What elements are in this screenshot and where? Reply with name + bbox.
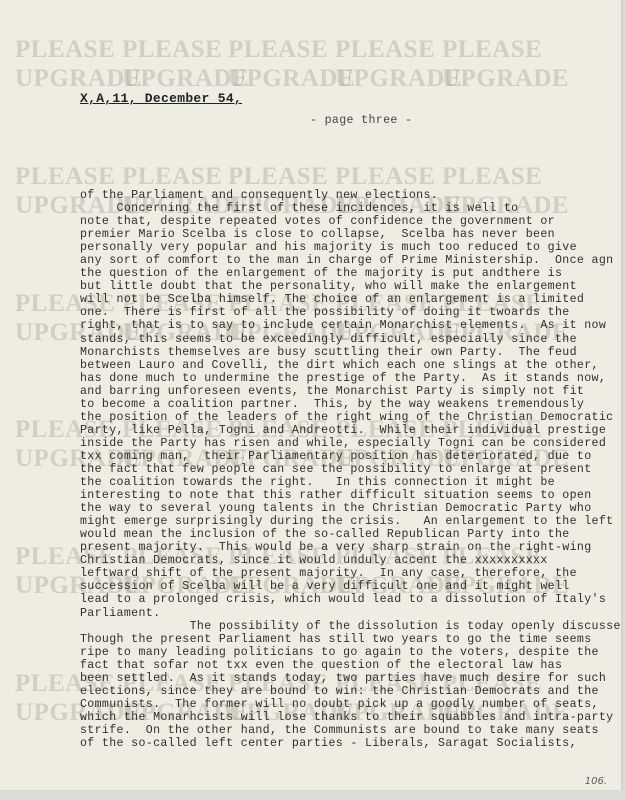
- text-line: would mean the inclusion of the so-calle…: [80, 528, 623, 541]
- watermark-upgrade: UPGRADE: [228, 65, 355, 93]
- document-body: of the Parliament and consequently new e…: [80, 189, 623, 750]
- text-line: but little doubt that the personality, w…: [80, 280, 623, 293]
- text-line: will not be Scelba himself. The choice o…: [80, 293, 623, 306]
- text-line: interesting to note that this rather dif…: [80, 489, 623, 502]
- text-line: present majority. This would be a very s…: [80, 541, 623, 554]
- watermark-please: PLEASE: [15, 36, 115, 64]
- text-line: the fact that few people can see the pos…: [80, 463, 623, 476]
- text-line: been settled. As it stands today, two pa…: [80, 672, 623, 685]
- text-line: the question of the enlargement of the m…: [80, 267, 623, 280]
- text-line: inside the Party has risen and while, es…: [80, 437, 623, 450]
- text-line: succession of Scelba will be a very diff…: [80, 580, 623, 593]
- watermark-please: PLEASE: [15, 163, 115, 191]
- watermark-please: PLEASE: [335, 163, 435, 191]
- text-line: Monarchists themselves are busy scuttlin…: [80, 346, 623, 359]
- text-line: Parliament.: [80, 607, 623, 620]
- text-line: The possibility of the dissolution is to…: [80, 620, 623, 633]
- text-line: Concerning the first of these incidences…: [80, 202, 623, 215]
- page-header: - page three -: [310, 114, 412, 127]
- watermark-please: PLEASE: [228, 36, 328, 64]
- text-line: personally very popular and his majority…: [80, 241, 623, 254]
- text-line: between Lauro and Covelli, the dirt whic…: [80, 359, 623, 372]
- text-line: right, that is to say to include certain…: [80, 319, 623, 332]
- watermark-please: PLEASE: [228, 163, 328, 191]
- text-line: has done much to undermine the prestige …: [80, 372, 623, 385]
- text-line: the way to several young talents in the …: [80, 502, 623, 515]
- watermark-please: PLEASE: [442, 163, 542, 191]
- text-line: Communists. The former will no doubt pic…: [80, 698, 623, 711]
- watermark-upgrade: UPGRADE: [122, 65, 249, 93]
- text-line: which the Monarhcists will lose thanks t…: [80, 711, 623, 724]
- text-line: txx coming man, their Parliamentary posi…: [80, 450, 623, 463]
- text-line: might emerge surprisingly during the cri…: [80, 515, 623, 528]
- watermark-please: PLEASE: [122, 163, 222, 191]
- watermark-please: PLEASE: [335, 36, 435, 64]
- watermark-upgrade: UPGRADE: [442, 65, 569, 93]
- text-line: leftward shift of the present majority. …: [80, 567, 623, 580]
- text-line: note that, despite repeated votes of con…: [80, 215, 623, 228]
- text-line: ripe to many leading politicians to go a…: [80, 646, 623, 659]
- document-reference: X,A,11, December 54,: [80, 92, 242, 105]
- text-line: and barring unforeseen events, the Monar…: [80, 385, 623, 398]
- text-line: any sort of comfort to the man in charge…: [80, 254, 623, 267]
- text-line: the coalition towards the right. In this…: [80, 476, 623, 489]
- text-line: elections, since they are bound to win: …: [80, 685, 623, 698]
- text-line: premier Mario Scelba is close to collaps…: [80, 228, 623, 241]
- text-line: strife. On the other hand, the Communist…: [80, 724, 623, 737]
- text-line: one. There is first of all the possibili…: [80, 306, 623, 319]
- text-line: stands, this seems to be exceedingly dif…: [80, 333, 623, 346]
- text-line: the position of the leaders of the right…: [80, 411, 623, 424]
- text-line: Party, like Pella, Togni and Andreotti. …: [80, 424, 623, 437]
- document-page: PLEASEUPGRADEPLEASEUPGRADEPLEASEUPGRADEP…: [0, 0, 623, 790]
- text-line: to become a coalition partner. This, by …: [80, 398, 623, 411]
- watermark-upgrade: UPGRADE: [335, 65, 462, 93]
- text-line: of the so-called left center parties - L…: [80, 737, 623, 750]
- watermark-please: PLEASE: [442, 36, 542, 64]
- text-line: Christian Democrats, since it would undu…: [80, 554, 623, 567]
- text-line: of the Parliament and consequently new e…: [80, 189, 623, 202]
- watermark-please: PLEASE: [122, 36, 222, 64]
- page-number: 106.: [585, 776, 607, 787]
- text-line: lead to a prolonged crisis, which would …: [80, 593, 623, 606]
- text-line: Though the present Parliament has still …: [80, 633, 623, 646]
- watermark-upgrade: UPGRADE: [15, 65, 142, 93]
- text-line: fact that sofar not txx even the questio…: [80, 659, 623, 672]
